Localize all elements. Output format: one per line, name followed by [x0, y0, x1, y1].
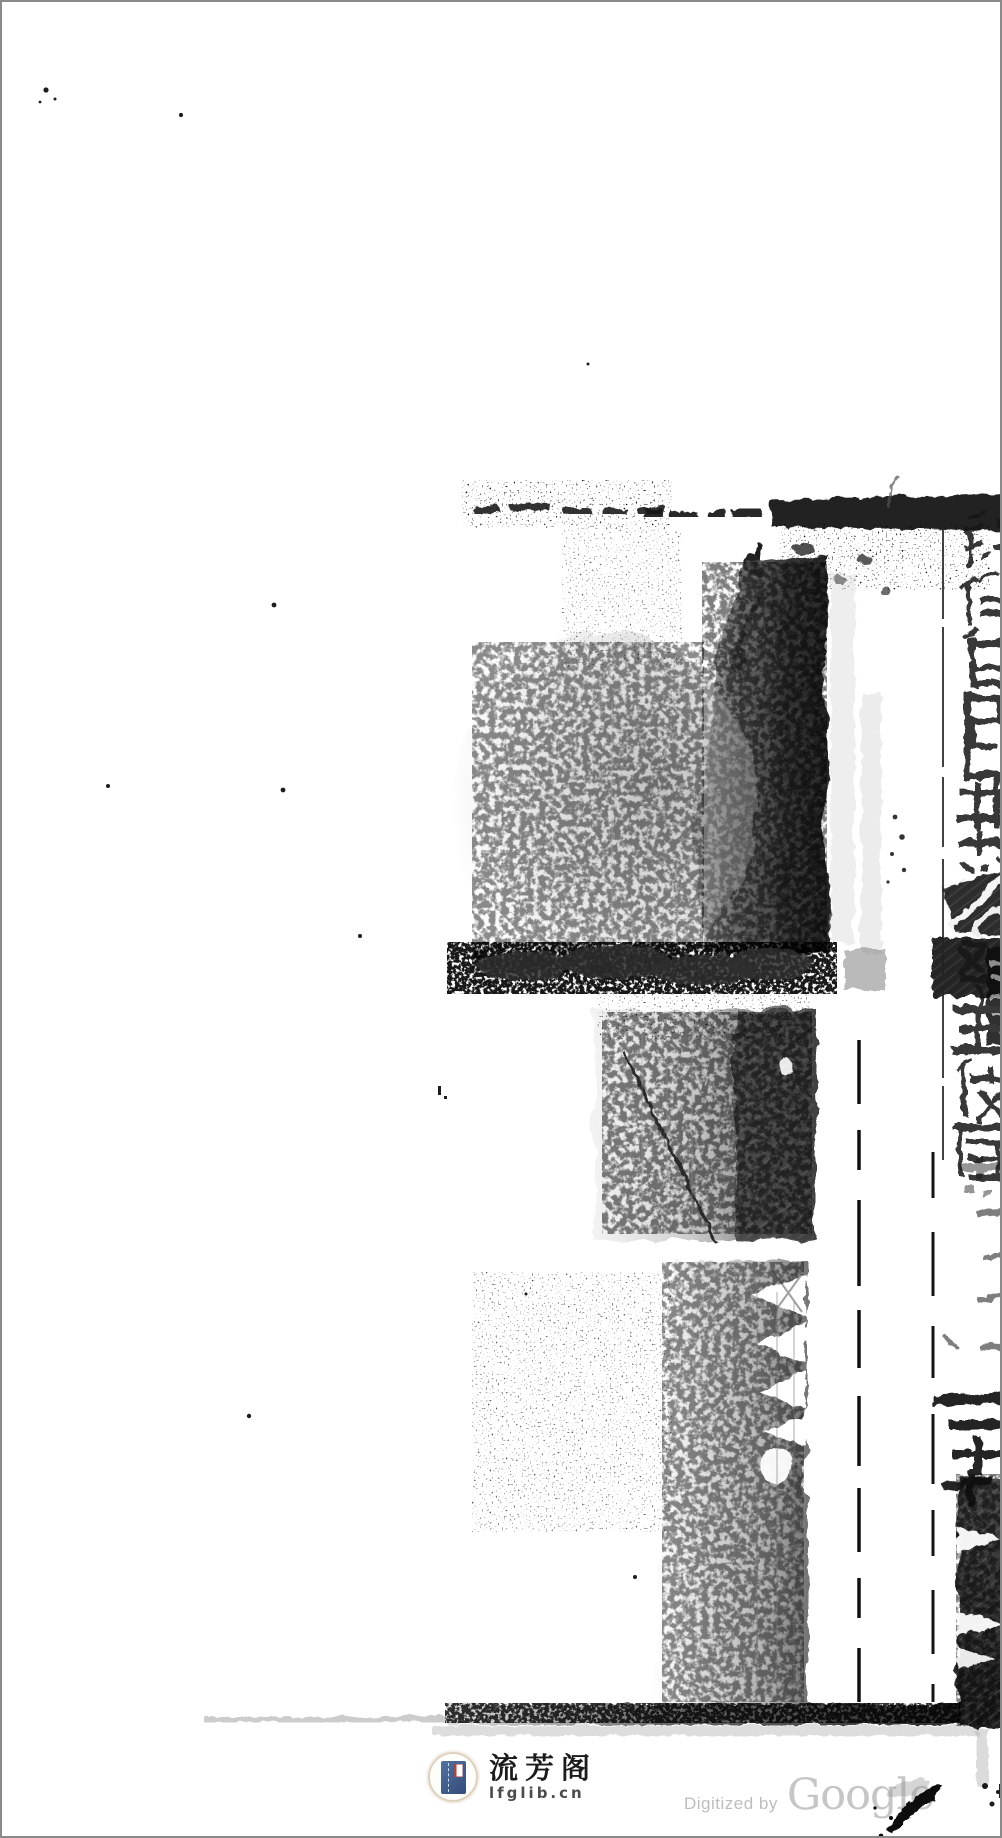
gray-mottle [450, 527, 772, 982]
google-logo-text: Google [787, 1770, 934, 1820]
lfglib-text: 流芳阁 lfglib.cn [489, 1754, 597, 1801]
lfglib-logo-circle [428, 1752, 478, 1802]
edge-glyph-zhi-faint [958, 1154, 1002, 1194]
edge-glyph-san [950, 1004, 1002, 1052]
edge-glyph-juan [956, 940, 996, 1008]
edge-glyph-jing [954, 778, 1002, 828]
lfglib-domain: lfglib.cn [489, 1786, 597, 1801]
watermark-row: 流芳阁 lfglib.cn Digitized by Google [2, 1744, 1002, 1824]
edge-glyph-qi [940, 1470, 990, 1504]
edge-glyph-section-column [950, 940, 1002, 1179]
top-ink-streak [462, 473, 1002, 593]
edge-glyph-xiu [959, 570, 1002, 624]
edge-black-tab-marks [990, 960, 999, 1031]
ink-smudge-art [2, 2, 1002, 1838]
edge-glyph-guan [952, 1114, 1002, 1179]
edge-glyph-title-column [954, 509, 1002, 870]
dust-specks [39, 87, 637, 1579]
edge-glyph-faint-column [942, 1154, 1002, 1350]
gutter-streaks [829, 572, 906, 954]
scanned-page: 流芳阁 lfglib.cn Digitized by Google [0, 0, 1002, 1838]
vertical-rules [859, 529, 943, 1702]
edge-wedge [940, 868, 1002, 934]
edge-glyph-bai [964, 626, 1002, 686]
spine-smudge-band [690, 552, 827, 952]
edge-glyph-xu [962, 509, 1002, 568]
edge-stroke-fragments [942, 1206, 1002, 1350]
lfglib-watermark: 流芳阁 lfglib.cn [428, 1752, 597, 1802]
edge-glyph-shi [950, 1434, 1002, 1474]
middle-smudge-block [592, 994, 814, 1240]
google-watermark: Digitized by Google [684, 1770, 934, 1820]
edge-black-tab [986, 946, 1002, 1042]
digitized-by-label: Digitized by [684, 1794, 778, 1814]
edge-glyph-page-number-column [930, 1391, 1002, 1504]
stitched-book-icon [441, 1761, 466, 1794]
edge-glyph-zhi [956, 828, 1002, 870]
lower-smudge-block [472, 1258, 804, 1710]
edge-glyph-er [930, 1391, 1002, 1427]
edge-glyph-yan [962, 692, 1002, 778]
lfglib-site-name: 流芳阁 [489, 1754, 597, 1783]
baseline-band [202, 1703, 977, 1734]
mid-speckle-band [447, 936, 1002, 996]
edge-glyph-zhi2 [954, 1058, 1002, 1116]
ink-squiggle [728, 542, 758, 673]
